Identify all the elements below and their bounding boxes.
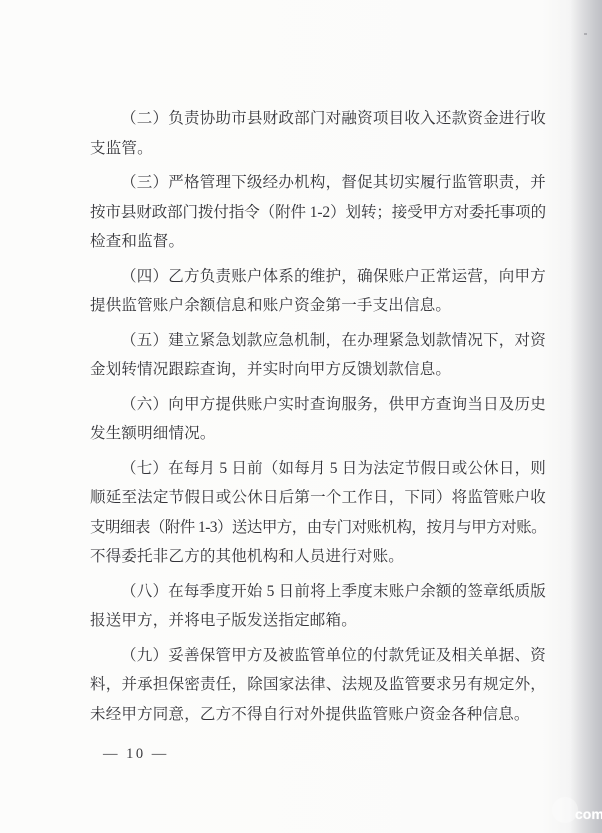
paragraph-clause-4: （四）乙方负责账户体系的维护，确保账户正常运营，向甲方提供监管账户余额信息和账户…	[90, 262, 546, 321]
paragraph-clause-6: （六）向甲方提供账户实时查询服务，供甲方查询当日及历史发生额明细情况。	[90, 390, 546, 449]
paragraph-clause-9: （九）妥善保管甲方及被监管单位的付款凭证及相关单据、资料，并承担保密责任，除国家…	[90, 641, 546, 730]
text-line: （三）严格管理下级经办机构，督促其切实履行监管职责，并	[90, 168, 546, 198]
text-line: （八）在每季度开始 5 日前将上季度末账户余额的签章纸质版	[90, 577, 546, 607]
text-line: 未经甲方同意，乙方不得自行对外提供监管账户资金各种信息。	[90, 700, 546, 730]
site-watermark: com	[575, 806, 602, 822]
text-line: （二）负责协助市县财政部门对融资项目收入还款资金进行收	[90, 104, 546, 134]
text-line: 发生额明细情况。	[90, 419, 546, 449]
text-line: 支监管。	[90, 134, 546, 164]
page-edge-shadow	[570, 0, 602, 833]
text-line: （五）建立紧急划款应急机制，在办理紧急划款情况下，对资	[90, 326, 546, 356]
text-line: 提供监管账户余额信息和账户资金第一手支出信息。	[90, 291, 546, 321]
text-line: 支明细表（附件 1-3）送达甲方，由专门对账机构，按月与甲方对账。	[90, 513, 546, 543]
scanned-document-page: （二）负责协助市县财政部门对融资项目收入还款资金进行收支监管。（三）严格管理下级…	[0, 0, 602, 833]
text-line: 按市县财政部门拨付指令（附件 1-2）划转；接受甲方对委托事项的	[90, 198, 546, 228]
text-line: （九）妥善保管甲方及被监管单位的付款凭证及相关单据、资	[90, 641, 546, 671]
paragraph-clause-5: （五）建立紧急划款应急机制，在办理紧急划款情况下，对资金划转情况跟踪查询，并实时…	[90, 326, 546, 385]
scan-artifact-speck	[584, 33, 587, 35]
paragraph-clause-3: （三）严格管理下级经办机构，督促其切实履行监管职责，并按市县财政部门拨付指令（附…	[90, 168, 546, 257]
paragraph-clause-2: （二）负责协助市县财政部门对融资项目收入还款资金进行收支监管。	[90, 104, 546, 163]
paragraph-clause-8: （八）在每季度开始 5 日前将上季度末账户余额的签章纸质版报送甲方，并将电子版发…	[90, 577, 546, 636]
text-line: 料，并承担保密责任，除国家法律、法规及监管要求另有规定外，	[90, 670, 546, 700]
text-line: 检查和监督。	[90, 227, 546, 257]
text-line: 金划转情况跟踪查询，并实时向甲方反馈划款信息。	[90, 355, 546, 385]
text-line: （四）乙方负责账户体系的维护，确保账户正常运营，向甲方	[90, 262, 546, 292]
page-number: — 10 —	[103, 746, 169, 763]
text-line: 顺延至法定节假日或公休日后第一个工作日，下同）将监管账户收	[90, 483, 546, 513]
text-line: （六）向甲方提供账户实时查询服务，供甲方查询当日及历史	[90, 390, 546, 420]
document-body: （二）负责协助市县财政部门对融资项目收入还款资金进行收支监管。（三）严格管理下级…	[90, 104, 546, 734]
text-line: （七）在每月 5 日前（如每月 5 日为法定节假日或公休日，则	[90, 454, 546, 484]
text-line: 报送甲方，并将电子版发送指定邮箱。	[90, 606, 546, 636]
text-line: 不得委托非乙方的其他机构和人员进行对账。	[90, 542, 546, 572]
paragraph-clause-7: （七）在每月 5 日前（如每月 5 日为法定节假日或公休日，则顺延至法定节假日或…	[90, 454, 546, 572]
